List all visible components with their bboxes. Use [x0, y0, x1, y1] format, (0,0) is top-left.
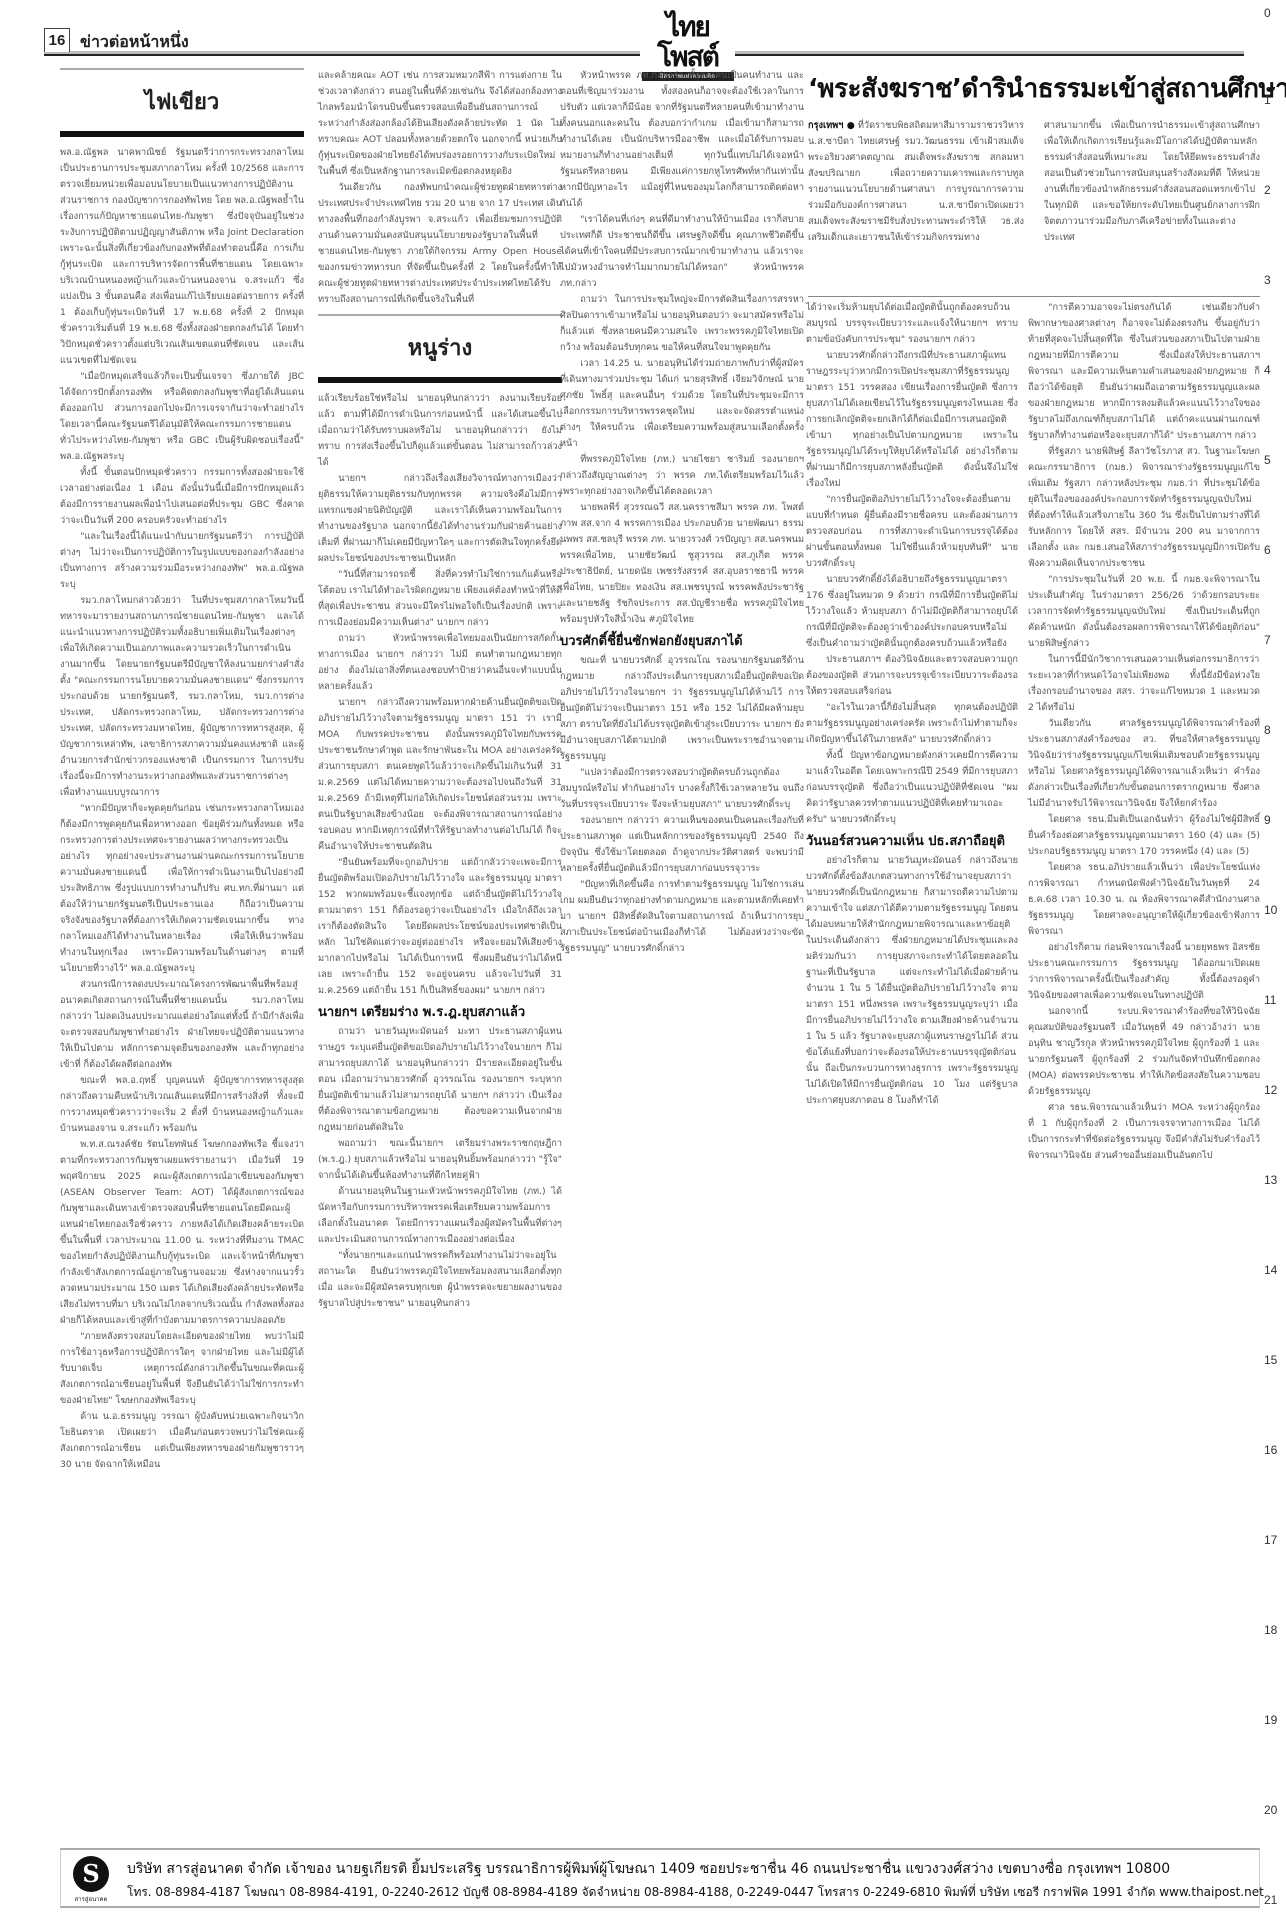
- article-paragraph: นายบวรศักดิ์กล่าวถึงกรณีที่ประธานสภาผู้แ…: [806, 348, 1018, 492]
- article-paragraph: รองนายกฯ กล่าวว่า ความเห็นของตนเป็นคนละเ…: [560, 813, 804, 877]
- row-number: 5: [1264, 453, 1271, 467]
- row-number: 21: [1264, 1893, 1277, 1907]
- article-paragraph: นายกฯ กล่าวถึงเรื่องเสียงวิจารณ์ทางการเม…: [318, 471, 562, 567]
- column-2: และคล้ายคณะ AOT เช่น การสวมหมวกสีฟ้า การ…: [318, 68, 562, 1312]
- dateline: กรุงเทพฯ ●: [808, 120, 855, 131]
- article-paragraph: ถามว่า ในการประชุมใหญ่จะมีการตัดสินเรื่อ…: [560, 292, 804, 356]
- article-paragraph: ด้าน น.อ.ธรรมนูญ วรรณา ผู้บังคับหน่วยเฉพ…: [60, 1409, 304, 1473]
- article-paragraph: ได้ว่าจะเริ่มห้ามยุบได้ต่อเมื่อญัตตินั้น…: [806, 300, 1018, 348]
- article-paragraph: หัวหน้าพรรค ภท.กล่าวว่า ทั้งสองคนเป็นคนท…: [560, 68, 804, 212]
- thaipost-logo: ไทยโพสต์ อิสรภาพแห่งความคิด: [640, 12, 735, 56]
- row-number: 6: [1264, 543, 1271, 557]
- lead-column-1: กรุงเทพฯ ● ที่วัดราชบพิธสถิตมหาสีมารามรา…: [808, 118, 1024, 246]
- article-paragraph: และคล้ายคณะ AOT เช่น การสวมหมวกสีฟ้า การ…: [318, 68, 562, 180]
- article-paragraph: "วันนี้ที่สามารถรถชี้ สิ่งที่ควรทำไม่ใช่…: [318, 567, 562, 631]
- article-paragraph: พ.ท.ส.ณรงค์ชัย รัตนโยทพันธ์ โฆษกกองทัพเร…: [60, 1137, 304, 1329]
- article-paragraph: วันเดียวกัน กองทัพบกนำคณะผู้ช่วยทูตฝ่ายท…: [318, 180, 562, 308]
- column-5: "การตีความอาจจะไม่ตรงกันได้ เช่นเดียวกับ…: [1028, 300, 1260, 1164]
- article-paragraph: ขณะที่ นายบวรศักดิ์ อุวรรณโณ รองนายกรัฐม…: [560, 653, 804, 765]
- publisher-logo-caption: สารสู่อนาคต: [69, 1894, 113, 1904]
- row-number: 12: [1264, 1083, 1277, 1097]
- newspaper-page: 16 ข่าวต่อหน้าหนึ่ง ไทยโพสต์ อิสรภาพแห่ง…: [0, 0, 1286, 1920]
- article-paragraph: เวลา 14.25 น. นายอนุทินได้ร่วมถ่ายภาพกับ…: [560, 356, 804, 452]
- column-box-title: หนูร่าง: [318, 314, 562, 383]
- row-number: 3: [1264, 273, 1271, 287]
- article-paragraph: ถามว่า หัวหน้าพรรคเพื่อไทยมองเป็นนัยการส…: [318, 631, 562, 695]
- row-number: 7: [1264, 633, 1271, 647]
- article-paragraph: ประธานสภาฯ ต้องวินิจฉัยและตรวจสอบความถูก…: [806, 652, 1018, 700]
- page-number: 16: [44, 28, 70, 52]
- lead-article: กรุงเทพฯ ● ที่วัดราชบพิธสถิตมหาสีมารามรา…: [808, 118, 1260, 293]
- article-paragraph: "การยื่นญัตติอภิปรายไม่ไว้วางใจจะต้องยื่…: [806, 492, 1018, 572]
- row-number: 15: [1264, 1353, 1277, 1367]
- article-paragraph: อย่างไรก็ตาม ก่อนพิจารณาเรื่องนี้ นายยุท…: [1028, 940, 1260, 1004]
- article-paragraph: ในการนี้มีนักวิชาการเสนอความเห็นต่อกรรมา…: [1028, 652, 1260, 716]
- box-title-text: หนูร่าง: [318, 316, 562, 377]
- title-rule-bottom: [318, 377, 562, 383]
- row-number: 18: [1264, 1623, 1277, 1637]
- article-paragraph: "ภายหลังตรวจสอบโดยละเอียดของฝ่ายไทย พบว่…: [60, 1329, 304, 1409]
- main-headline: ‘พระสังฆราช’ดำรินำธรรมะเข้าสู่สถานศึกษา: [808, 68, 1260, 109]
- row-number: 8: [1264, 723, 1271, 737]
- article-paragraph: ขณะที่ พล.อ.ฤทธิ์ บุญคนนท์ ผู้บัญชาการทห…: [60, 1073, 304, 1137]
- row-number: 17: [1264, 1533, 1277, 1547]
- row-number: 0: [1264, 6, 1271, 20]
- publisher-imprint: S สารสู่อนาคต บริษัท สารสู่อนาคต จำกัด เ…: [60, 1848, 1260, 1908]
- row-number: 4: [1264, 363, 1271, 377]
- article-paragraph: รมว.กลาโหมกล่าวด้วยว่า ในที่ประชุมสภากลา…: [60, 593, 304, 801]
- article-paragraph: นายพลพีร์ สุวรรณฉวี สส.นครราชสีมา พรรค ภ…: [560, 500, 804, 628]
- lead-divider: [808, 296, 1260, 297]
- row-number: 14: [1264, 1263, 1277, 1277]
- article-paragraph: วันเดียวกัน ศาลรัฐธรรมนูญได้พิจารณาคำร้อ…: [1028, 716, 1260, 812]
- article-paragraph: "แปลว่าต้องมีการตรวจสอบว่าญัตติครบถ้วนถู…: [560, 765, 804, 813]
- row-number: 10: [1264, 903, 1277, 917]
- article-paragraph: "เราได้คนที่เก่งๆ คนที่ดีมาทำงานให้บ้านเ…: [560, 212, 804, 292]
- column-3: หัวหน้าพรรค ภท.กล่าวว่า ทั้งสองคนเป็นคนท…: [560, 68, 804, 957]
- article-paragraph: "การตีความอาจจะไม่ตรงกันได้ เช่นเดียวกับ…: [1028, 300, 1260, 444]
- article-paragraph: ด้านนายอนุทินในฐานะหัวหน้าพรรคภูมิใจไทย …: [318, 1184, 562, 1248]
- column-1: ไฟเขียว พล.อ.ณัฐพล นาคพาณิชย์ รัฐมนตรีว่…: [60, 68, 304, 1473]
- article-paragraph: ที่รัฐสภา นายพิสิษฐ์ ลีลาวัชโรภาส สว. ใน…: [1028, 444, 1260, 572]
- article-paragraph: "เมื่อปักหมุดเสร็จแล้วก็จะเป็นขั้นเจรจา …: [60, 369, 304, 465]
- article-paragraph: ถามว่า นายวันมูหะมัดนอร์ มะทา ประธานสภาผ…: [318, 1024, 562, 1136]
- column-4: ได้ว่าจะเริ่มห้ามยุบได้ต่อเมื่อญัตตินั้น…: [806, 300, 1018, 1109]
- lead-text: ที่วัดราชบพิธสถิตมหาสีมารามราชวรวิหาร น.…: [808, 120, 1024, 243]
- article-paragraph: พอถามว่า ขณะนี้นายกฯ เตรียมร่างพระราชกฤษ…: [318, 1136, 562, 1184]
- article-paragraph: ทั้งนี้ ปัญหาข้อกฎหมายดังกล่าวเคยมีการตี…: [806, 748, 1018, 828]
- row-number: 16: [1264, 1443, 1277, 1457]
- article-paragraph: "การประชุมในวันที่ 20 พ.ย. นี้ กมธ.จะพิจ…: [1028, 572, 1260, 652]
- article-paragraph: โดยศาล รธน.อภิปรายแล้วเห็นว่า เพื่อประโย…: [1028, 860, 1260, 940]
- publisher-logo-icon: S: [73, 1856, 109, 1892]
- article-subhead: บวรศักดิ์ชี้ยื่นซักฟอกยังยุบสภาได้: [560, 630, 804, 651]
- article-subhead: วันนอร์สวนความเห็น ปธ.สภาถือยุติ: [806, 830, 1018, 851]
- article-paragraph: แล้วเรียบร้อยใช่หรือไม่ นายอนุทินกล่าวว่…: [318, 391, 562, 471]
- article-paragraph: นอกจากนี้ ระบบ.พิจารณาคำร้องที่ขอให้วินิ…: [1028, 1004, 1260, 1100]
- article-paragraph: ส่วนกรณีการลดงบประมาณโครงการพัฒนาพื้นที่…: [60, 977, 304, 1073]
- row-number: 1: [1264, 93, 1271, 107]
- lead-column-2: ศาสนามากขึ้น เพื่อเป็นการนำธรรมะเข้าสู่ส…: [1044, 118, 1260, 246]
- row-number: 13: [1264, 1173, 1277, 1187]
- logo-text: ไทยโพสต์: [640, 12, 735, 72]
- title-rule-bottom: [60, 131, 304, 137]
- article-paragraph: ศาล รธน.พิจารณาแล้วเห็นว่า MOA ระหว่างผู…: [1028, 1100, 1260, 1164]
- article-paragraph: นายกฯ กล่าวถึงความพร้อมหากฝ่ายค้านยื่นญั…: [318, 695, 562, 855]
- imprint-line-2: โทร. 08-8984-4187 โฆษณา 08-8984-4191, 0-…: [127, 1883, 1264, 1902]
- row-number: 9: [1264, 813, 1271, 827]
- row-number: 19: [1264, 1713, 1277, 1727]
- article-paragraph: ที่พรรคภูมิใจไทย (ภท.) นายไชยา ชาริมย์ ร…: [560, 452, 804, 500]
- article-paragraph: "และในเรื่องนี้ได้แนะนำกับนายกรัฐมนตรีว่…: [60, 529, 304, 593]
- row-number: 20: [1264, 1803, 1277, 1817]
- row-number: 11: [1264, 993, 1276, 1007]
- article-paragraph: "ปัญหาที่เกิดขึ้นคือ การทำตามรัฐธรรมนูญ …: [560, 877, 804, 957]
- article-paragraph: พล.อ.ณัฐพล นาคพาณิชย์ รัฐมนตรีว่าการกระท…: [60, 145, 304, 369]
- page-header: 16 ข่าวต่อหน้าหนึ่ง ไทยโพสต์ อิสรภาพแห่ง…: [44, 24, 1244, 56]
- article-subhead: นายกฯ เตรียมร่าง พ.ร.ฎ.ยุบสภาแล้ว: [318, 1001, 562, 1022]
- row-number: 2: [1264, 183, 1271, 197]
- article-paragraph: "ทั้งนายกฯและแกนนำพรรคก็พร้อมทำงานไม่ว่า…: [318, 1248, 562, 1312]
- publisher-logo: S สารสู่อนาคต: [69, 1856, 113, 1904]
- imprint-line-1: บริษัท สารสู่อนาคต จำกัด เจ้าของ นายฐเกี…: [127, 1858, 1170, 1880]
- article-paragraph: อย่างไรก็ตาม นายวันมูหะมัดนอร์ กล่าวถึงน…: [806, 853, 1018, 1109]
- article-paragraph: โดยศาล รธน.มีมติเป็นเอกฉันท์ว่า ผู้ร้องไ…: [1028, 812, 1260, 860]
- box-title-text: ไฟเขียว: [60, 70, 304, 131]
- article-paragraph: ทั้งนี้ ขั้นตอนปักหมุดชั่วคราว กรรมการทั…: [60, 465, 304, 529]
- section-title: ข่าวต่อหน้าหนึ่ง: [80, 30, 189, 55]
- article-paragraph: "หากมีปัญหาก็จะพูดคุยกันก่อน เช่นกระทรวง…: [60, 801, 304, 977]
- column-box-title: ไฟเขียว: [60, 68, 304, 137]
- article-paragraph: "ยืนยันพร้อมที่จะถูกอภิปราย แต่ถ้ากลัวว่…: [318, 855, 562, 999]
- article-paragraph: นายบวรศักดิ์ยังได้อธิบายถึงรัฐธรรมนูญมาต…: [806, 572, 1018, 652]
- article-paragraph: "อะไรในเวลานี้ก็ยังไม่สิ้นสุด ทุกคนต้องป…: [806, 700, 1018, 748]
